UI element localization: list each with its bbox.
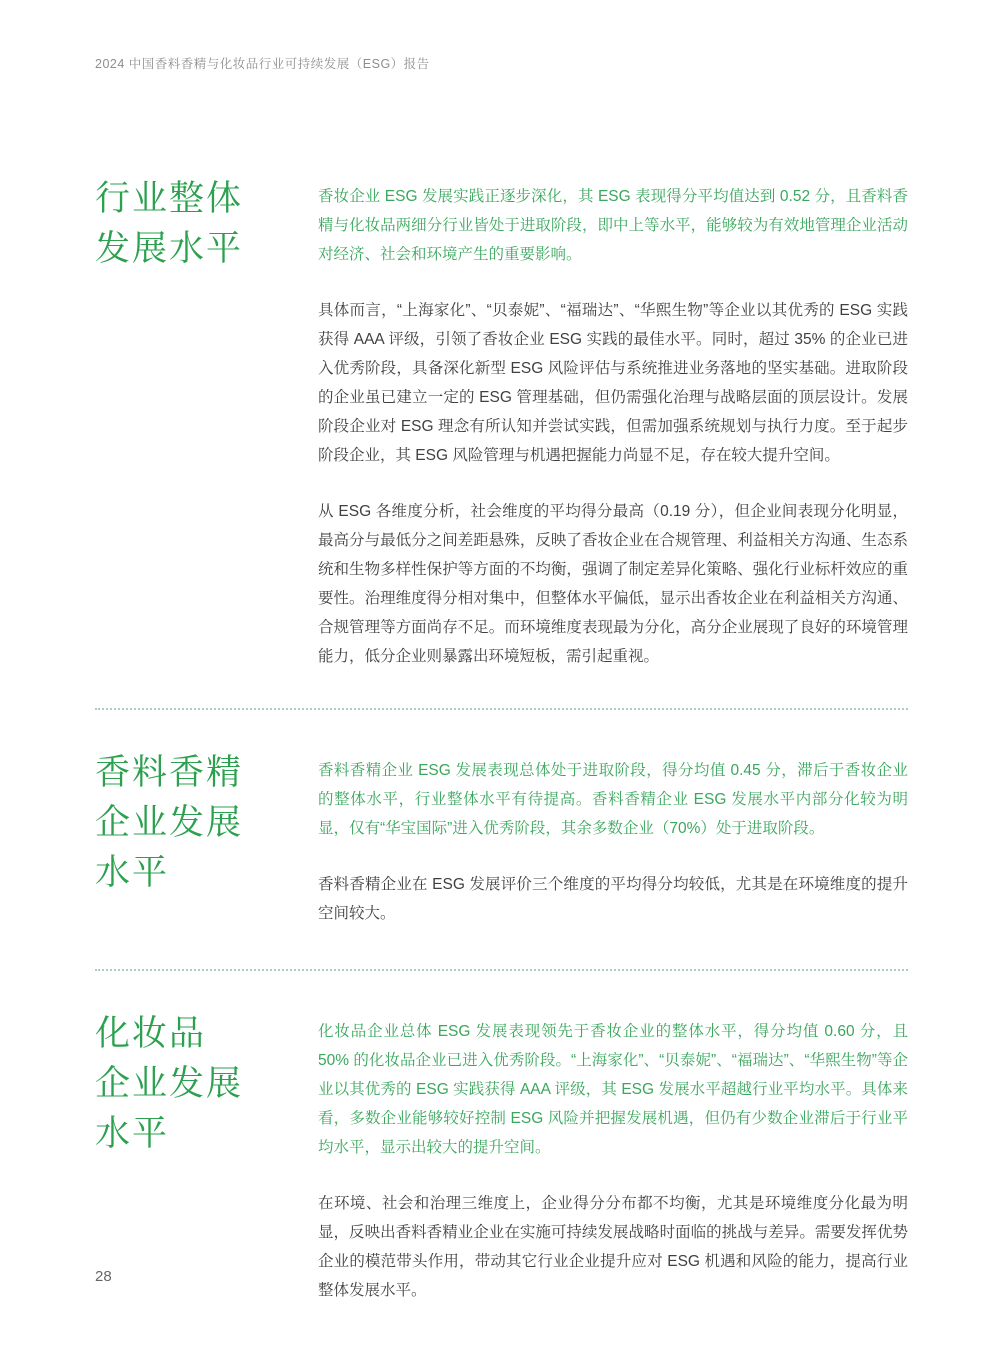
dotted-divider [95, 969, 908, 971]
section-title: 行业整体 发展水平 [95, 174, 318, 274]
section-fragrance-companies: 香料香精 企业发展 水平 香料香精企业 ESG 发展表现总体处于进取阶段，得分均… [95, 756, 908, 928]
report-page: 2024 中国香料香精与化妆品行业可持续发展（ESG）报告 行业整体 发展水平 … [0, 0, 1000, 1357]
section-heading-column: 行业整体 发展水平 [95, 182, 318, 274]
section-industry-overall: 行业整体 发展水平 香妆企业 ESG 发展实践正逐步深化，其 ESG 表现得分平… [95, 182, 908, 671]
paragraph-body: 从 ESG 各维度分析，社会维度的平均得分最高（0.19 分），但企业间表现分化… [318, 497, 908, 671]
report-header-title: 2024 中国香料香精与化妆品行业可持续发展（ESG）报告 [95, 54, 908, 72]
section-heading-column: 化妆品 企业发展 水平 [95, 1017, 318, 1159]
page-content: 2024 中国香料香精与化妆品行业可持续发展（ESG）报告 行业整体 发展水平 … [95, 0, 908, 1305]
dotted-divider [95, 708, 908, 710]
section-title: 香料香精 企业发展 水平 [95, 748, 318, 898]
paragraph-lead: 香料香精企业 ESG 发展表现总体处于进取阶段，得分均值 0.45 分，滞后于香… [318, 756, 908, 843]
paragraph-lead: 化妆品企业总体 ESG 发展表现领先于香妆企业的整体水平，得分均值 0.60 分… [318, 1017, 908, 1162]
paragraph-body: 在环境、社会和治理三维度上，企业得分分布都不均衡，尤其是环境维度分化最为明显，反… [318, 1189, 908, 1305]
paragraph-body: 具体而言，“上海家化”、“贝泰妮”、“福瑞达”、“华熙生物”等企业以其优秀的 E… [318, 296, 908, 470]
paragraph-lead: 香妆企业 ESG 发展实践正逐步深化，其 ESG 表现得分平均值达到 0.52 … [318, 182, 908, 269]
paragraph-body: 香料香精企业在 ESG 发展评价三个维度的平均得分均较低，尤其是在环境维度的提升… [318, 870, 908, 928]
section-cosmetics-companies: 化妆品 企业发展 水平 化妆品企业总体 ESG 发展表现领先于香妆企业的整体水平… [95, 1017, 908, 1305]
section-body-column: 化妆品企业总体 ESG 发展表现领先于香妆企业的整体水平，得分均值 0.60 分… [318, 1017, 908, 1305]
section-heading-column: 香料香精 企业发展 水平 [95, 756, 318, 898]
section-body-column: 香妆企业 ESG 发展实践正逐步深化，其 ESG 表现得分平均值达到 0.52 … [318, 182, 908, 671]
page-number: 28 [95, 1268, 112, 1285]
section-title: 化妆品 企业发展 水平 [95, 1009, 318, 1159]
section-body-column: 香料香精企业 ESG 发展表现总体处于进取阶段，得分均值 0.45 分，滞后于香… [318, 756, 908, 928]
